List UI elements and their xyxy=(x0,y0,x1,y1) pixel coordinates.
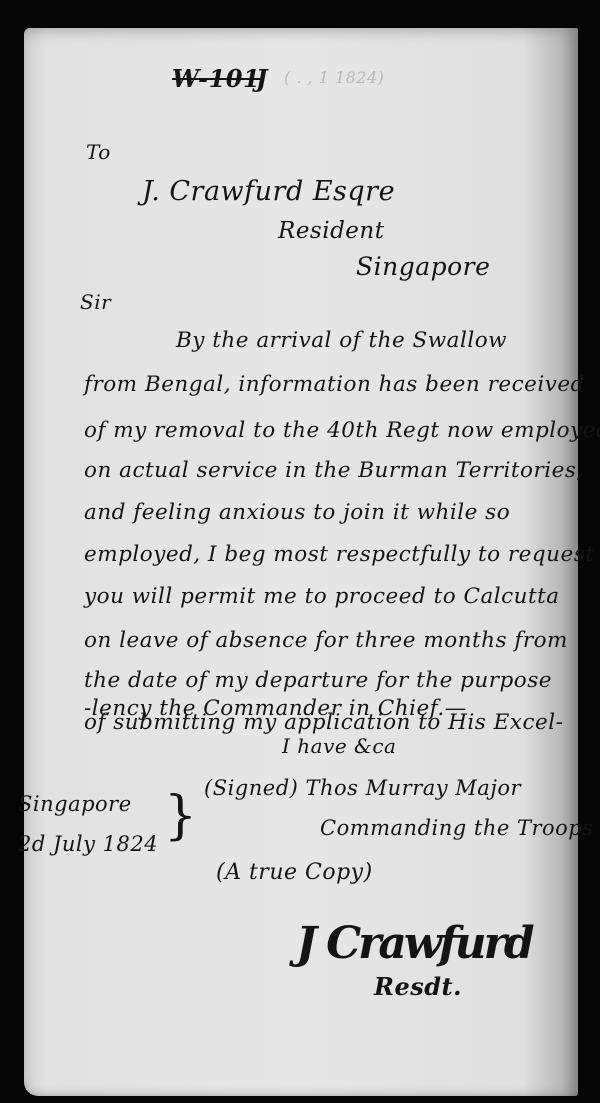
body-line: on leave of absence for three months fro… xyxy=(84,628,568,653)
faint-annotation: ( . , 1 1824) xyxy=(284,68,384,87)
body-line: the date of my departure for the purpose xyxy=(84,668,552,693)
body-line: from Bengal, information has been receiv… xyxy=(84,372,585,397)
certification: (A true Copy) xyxy=(216,860,373,885)
body-line: you will permit me to proceed to Calcutt… xyxy=(84,584,560,609)
letter-place: Singapore xyxy=(18,792,132,816)
closing-phrase: I have &ca xyxy=(282,734,396,758)
certifier-signature: J Crawfurd xyxy=(296,918,532,969)
signed-line: (Signed) Thos Murray Major xyxy=(204,776,521,800)
recipient-name: J. Crawfurd Esqre xyxy=(142,176,395,207)
body-line: and feeling anxious to join it while so xyxy=(84,500,510,525)
letter-date: 2d July 1824 xyxy=(18,832,158,856)
body-line: employed, I beg most respectfully to req… xyxy=(84,542,594,567)
rank-line: Commanding the Troops xyxy=(320,816,594,840)
recipient-title: Resident xyxy=(278,218,384,244)
reference-mark: J xyxy=(256,64,268,93)
body-line: of my removal to the 40th Regt now emplo… xyxy=(84,418,600,443)
certifier-title: Resdt. xyxy=(374,972,462,1001)
brace-mark: } xyxy=(164,786,198,846)
manuscript-page: W-101 J ( . , 1 1824) To J. Crawfurd Esq… xyxy=(24,28,578,1096)
recipient-location: Singapore xyxy=(356,252,490,281)
reference-number: W-101 xyxy=(172,64,260,93)
salutation-to: To xyxy=(86,140,111,164)
body-line: on actual service in the Burman Territor… xyxy=(84,458,584,483)
greeting: Sir xyxy=(80,290,111,314)
body-line: By the arrival of the Swallow xyxy=(176,328,507,353)
body-line: -lency the Commander in Chief.— xyxy=(84,696,467,721)
